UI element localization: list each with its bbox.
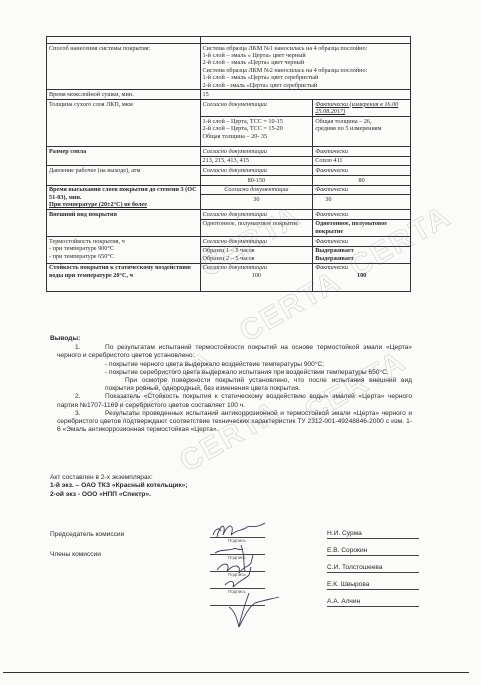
table-row-appearance-header: Внешний вид покрытия Согласно документац… bbox=[47, 210, 411, 220]
conclusion-item-1: 1.По результатам испытаний термостойкост… bbox=[57, 344, 412, 360]
chairman-label: Председатель комиссии bbox=[50, 531, 124, 538]
row-value: 15 bbox=[200, 90, 410, 100]
table-row-application-method: Способ нанесения системы покрытия: Систе… bbox=[47, 44, 411, 90]
fact-header: Фактически (измерения в 16.00 25.08.2017… bbox=[313, 100, 411, 117]
row-label: Способ нанесения системы покрытия: bbox=[47, 44, 201, 90]
row-label: Давление рабочее (на выходе), атм bbox=[47, 166, 201, 185]
signatory-name: Е.В. Сорокин bbox=[327, 547, 419, 556]
row-label: Внешний вид покрытия bbox=[47, 210, 201, 237]
signatory-name: Н.И. Сурма bbox=[327, 530, 419, 539]
members-label: Члены комиссии bbox=[50, 551, 101, 558]
row-label: Толщина сухого слоя ЛКП, мкм bbox=[47, 100, 201, 147]
conclusion-item-3: 3.Результаты проведенных испытаний антик… bbox=[57, 410, 412, 435]
signatory-name: Е.К. Швырова bbox=[327, 581, 419, 590]
conclusions-section: Выводы: 1.По результатам испытаний термо… bbox=[57, 335, 412, 434]
row-label: Термостойкость покрытия, ч - при темпера… bbox=[47, 237, 201, 264]
table-row-interlayer-drying: Время межслойной сушки, мин. 15 bbox=[47, 90, 411, 100]
table-row-dry-thickness-header: Толщина сухого слоя ЛКП, мкм Согласно до… bbox=[47, 100, 411, 117]
row-value: Система образца ЛКМ №1 наносилась на 4 о… bbox=[200, 44, 410, 90]
table-row-nozzle-size-header: Размер сопла Согласно документации Факти… bbox=[47, 147, 411, 157]
row-label: Стойкость покрытия к статическому воздей… bbox=[47, 263, 201, 291]
signatory-name: А.А. Алчин bbox=[327, 598, 419, 607]
signatory-name: С.И. Толстошеева bbox=[327, 564, 419, 573]
table-row-water-resistance: Стойкость покрытия к статическому воздей… bbox=[47, 263, 411, 291]
row-label: Время высыхания слоев покрытия до степен… bbox=[47, 185, 201, 210]
conclusion-item-2: 2.Показатель «Стойкость покрытия к стати… bbox=[57, 393, 412, 409]
footer-divider bbox=[3, 672, 469, 673]
conclusions-title: Выводы: bbox=[50, 335, 412, 343]
table-row-empty-header bbox=[47, 37, 411, 44]
fact-value: Общая толщина – 26, средняя по 5 измерен… bbox=[313, 117, 411, 147]
handwritten-signatures bbox=[205, 515, 285, 635]
table-row-drying-time-header: Время высыхания слоев покрытия до степен… bbox=[47, 185, 411, 195]
table-row-pressure-header: Давление рабочее (на выходе), атм Соглас… bbox=[47, 166, 411, 176]
row-label: Размер сопла bbox=[47, 147, 201, 166]
test-results-table: Способ нанесения системы покрытия: Систе… bbox=[46, 36, 411, 292]
row-label: Время межслойной сушки, мин. bbox=[47, 90, 201, 100]
doc-value: 1-й слой – Церта, ТСС = 10-15 2-й слой –… bbox=[200, 117, 313, 147]
doc-header: Согласно документации bbox=[200, 100, 313, 117]
table-row-heat-resistance-header: Термостойкость покрытия, ч - при темпера… bbox=[47, 237, 411, 247]
act-copies: Акт составлен в 2-х экземплярах: 1-й экз… bbox=[50, 474, 188, 499]
